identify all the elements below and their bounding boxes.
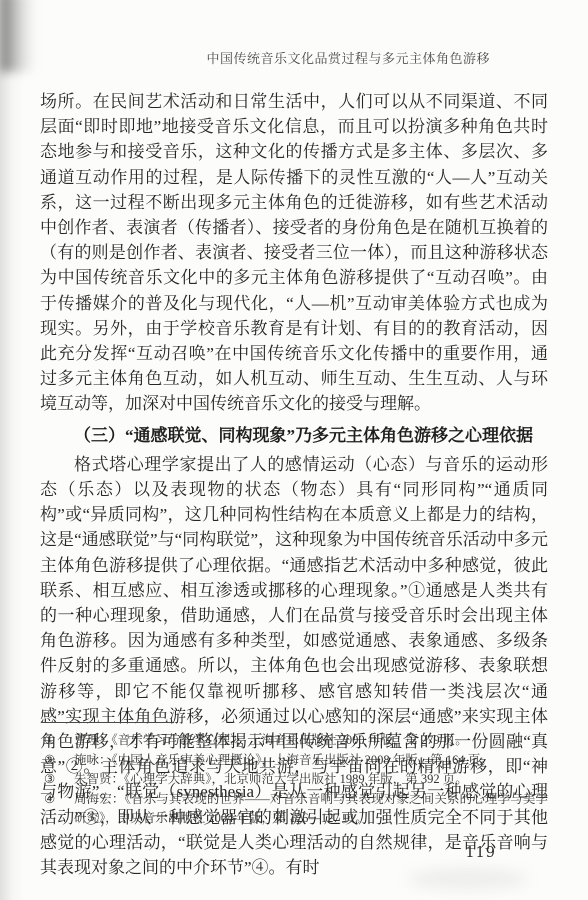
- footnote-marker: ③: [42, 770, 74, 790]
- footnote-marker: ①: [42, 731, 74, 751]
- footnote-3: ③ 朱智贤：《心理学大辞典》，北京师范大学出版社 1989 年版，第 392 页…: [42, 770, 548, 790]
- footnote-marker: ②: [42, 751, 74, 771]
- scan-edge-shadow: [0, 0, 24, 900]
- running-head: 中国传统音乐文化品赏过程与多元主体角色游移: [206, 48, 490, 67]
- footnote-text: 曹理：《音乐学习与教学心理》，上海音乐出版社 2000 年版，第 279 页。: [74, 731, 548, 751]
- footnote-separator: [42, 722, 174, 723]
- footnote-1: ① 曹理：《音乐学习与教学心理》，上海音乐出版社 2000 年版，第 279 页…: [42, 731, 548, 751]
- footnote-marker: ④: [42, 790, 74, 829]
- paragraph-1: 场所。在民间艺术活动和日常生活中，人们可以从不同渠道、不同层面“即时即地”地接受…: [40, 89, 548, 417]
- footnote-2: ② 施咏：《中国人音乐审美心理概论》，上海音乐出版社 2008 年版，第 164…: [42, 751, 548, 771]
- page-number: 119: [465, 845, 496, 861]
- book-page-scan: { "page": { "running_head": "中国传统音乐文化品赏过…: [0, 0, 588, 900]
- section-heading: （三）“通感联觉、同构现象”乃多元主体角色游移之心理依据: [40, 423, 548, 448]
- footnote-area: ① 曹理：《音乐学习与教学心理》，上海音乐出版社 2000 年版，第 279 页…: [42, 722, 548, 829]
- footnote-text: 施咏：《中国人音乐审美心理概论》，上海音乐出版社 2008 年版，第 164 页…: [74, 751, 548, 771]
- footnote-text: 朱智贤：《心理学大辞典》，北京师范大学出版社 1989 年版，第 392 页。: [74, 770, 548, 790]
- scan-corner-shadow: [0, 0, 34, 72]
- footnote-text: 周海宏：《音乐与其表现的世界——对音乐音响与其表现对象之间关系的心理学与美学研究…: [74, 790, 548, 829]
- footnote-4: ④ 周海宏：《音乐与其表现的世界——对音乐音响与其表现对象之间关系的心理学与美学…: [42, 790, 548, 829]
